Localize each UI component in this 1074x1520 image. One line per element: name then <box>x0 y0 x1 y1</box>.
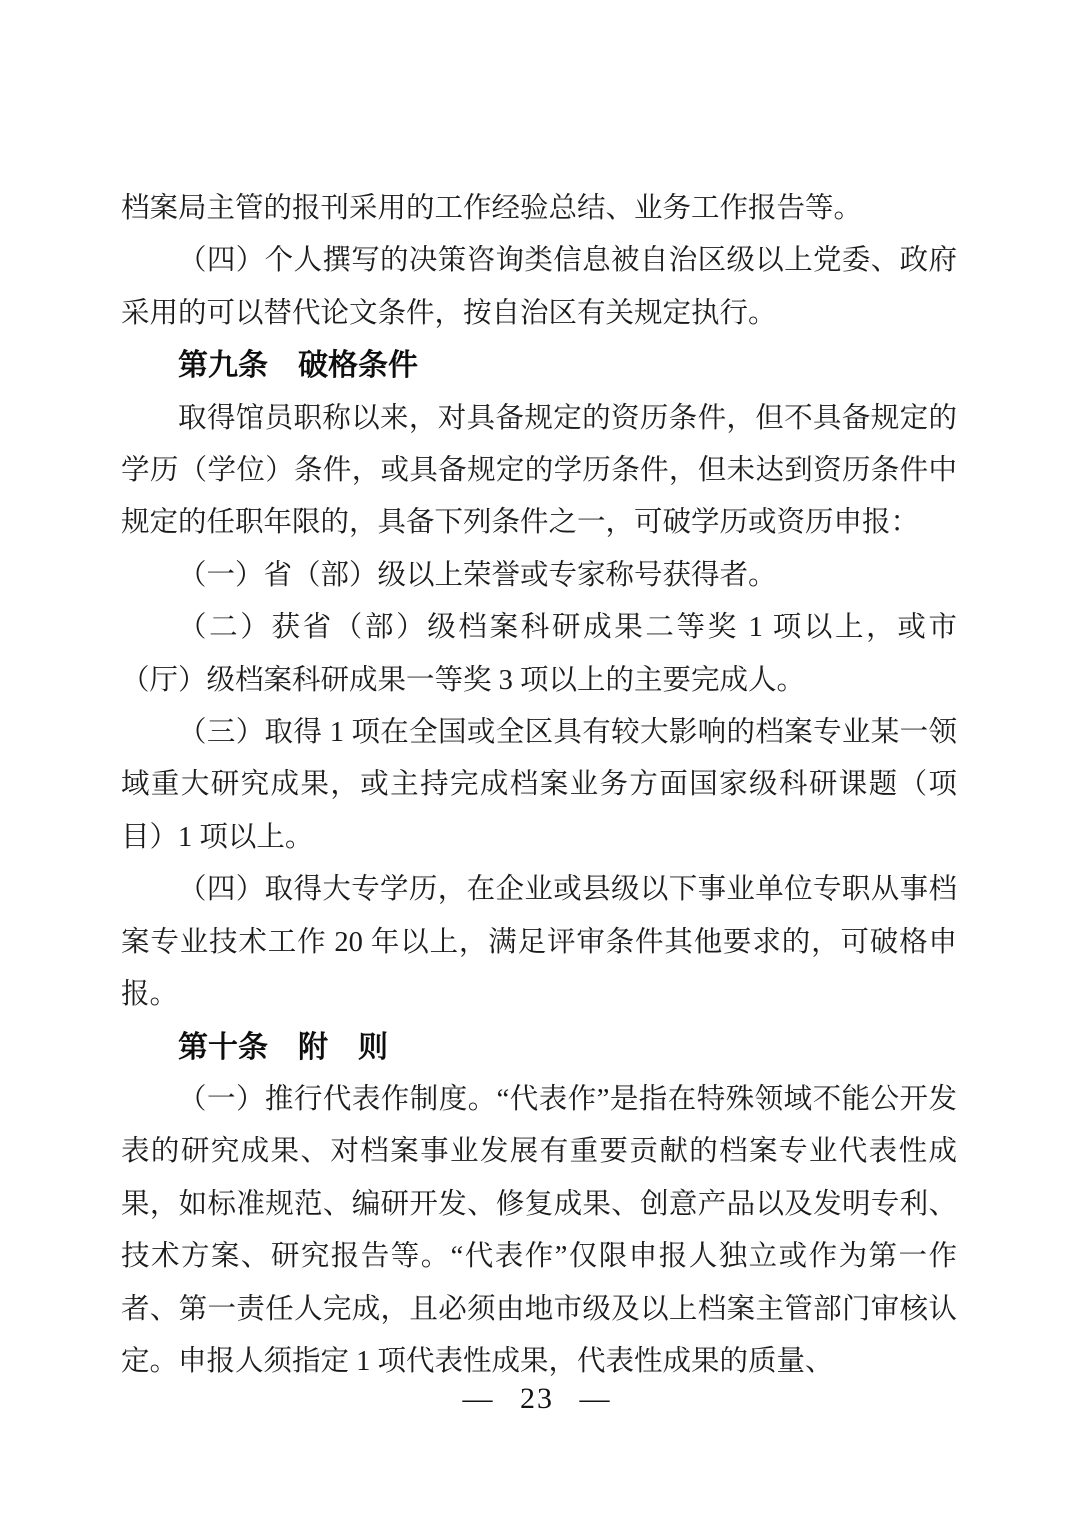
article-10-item-1: （一）推行代表作制度。“代表作”是指在特殊领域不能公开发表的研究成果、对档案事业… <box>121 1074 957 1388</box>
article-9-item-4: （四）取得大专学历，在企业或县级以下事业单位专职从事档案专业技术工作 20 年以… <box>121 864 957 1021</box>
article-9-item-2: （二）获省（部）级档案科研成果二等奖 1 项以上，或市（厅）级档案科研成果一等奖… <box>121 602 957 707</box>
document-body: 档案局主管的报刊采用的工作经验总结、业务工作报告等。 （四）个人撰写的决策咨询类… <box>121 183 957 1388</box>
article-9-intro-paragraph: 取得馆员职称以来，对具备规定的资历条件，但不具备规定的学历（学位）条件，或具备规… <box>121 393 957 550</box>
paragraph-item-4-prev-article: （四）个人撰写的决策咨询类信息被自治区级以上党委、政府采用的可以替代论文条件，按… <box>121 235 957 340</box>
article-9-heading: 第九条 破格条件 <box>121 340 957 392</box>
article-9-item-1: （一）省（部）级以上荣誉或专家称号获得者。 <box>121 550 957 602</box>
article-10-heading: 第十条 附 则 <box>121 1022 957 1074</box>
document-page: 档案局主管的报刊采用的工作经验总结、业务工作报告等。 （四）个人撰写的决策咨询类… <box>0 0 1074 1520</box>
article-9-item-3: （三）取得 1 项在全国或全区具有较大影响的档案专业某一领域重大研究成果，或主持… <box>121 707 957 864</box>
page-number: — 23 — <box>0 1382 1074 1416</box>
paragraph-continuation: 档案局主管的报刊采用的工作经验总结、业务工作报告等。 <box>121 183 957 235</box>
